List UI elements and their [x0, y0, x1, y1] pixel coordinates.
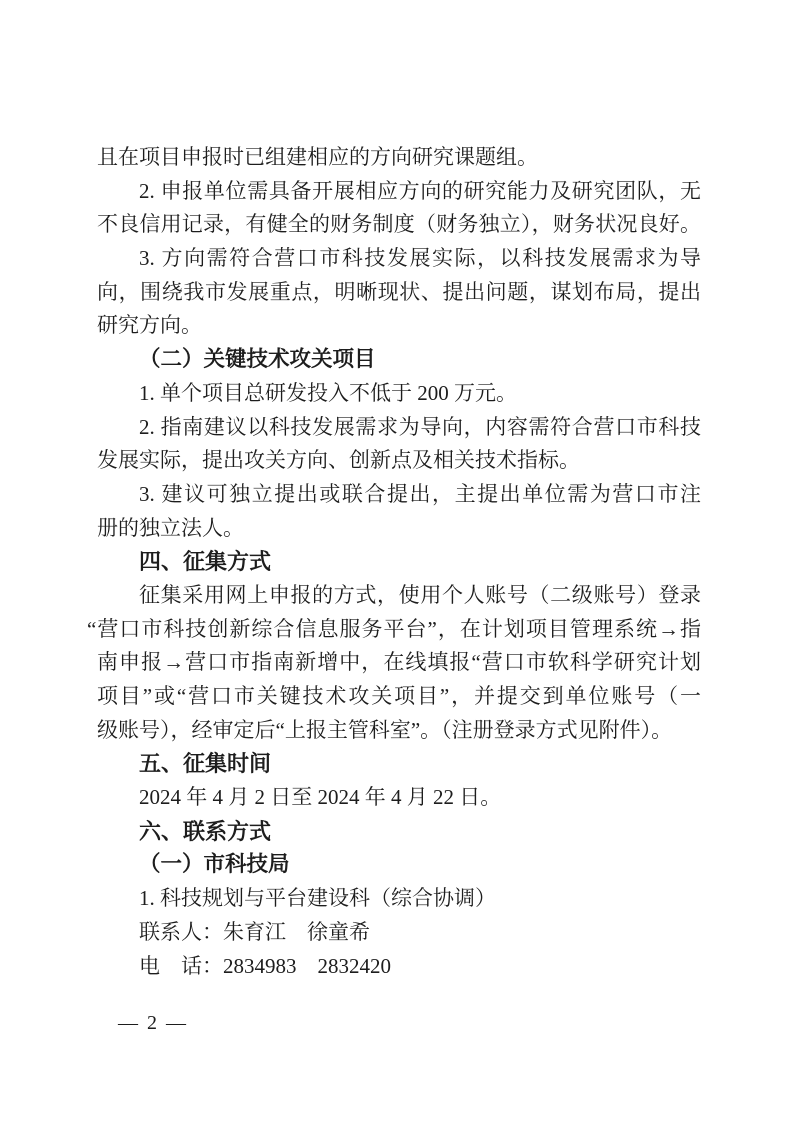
subsection-heading: （二）关键技术攻关项目: [97, 343, 701, 377]
paragraph-line: 联系人：朱育江 徐童希: [97, 916, 701, 950]
paragraph-line: 南申报→营口市指南新增中，在线填报“营口市软科学研究计划: [97, 646, 701, 680]
paragraph-line: 研究方向。: [97, 309, 701, 343]
subsection-heading: （一）市科技局: [97, 848, 701, 882]
paragraph-line: 级账号），经审定后“上报主管科室”。（注册登录方式见附件）。: [97, 714, 701, 748]
document-page: 且在项目申报时已组建相应的方向研究课题组。2. 申报单位需具备开展相应方向的研究…: [0, 0, 793, 1122]
paragraph-line: “营口市科技创新综合信息服务平台”，在计划项目管理系统→指: [97, 613, 701, 647]
page-number: — 2 —: [118, 1008, 188, 1038]
paragraph-line: 2024 年 4 月 2 日至 2024 年 4 月 22 日。: [97, 781, 701, 815]
paragraph-line: 2. 指南建议以科技发展需求为导向，内容需符合营口市科技: [97, 411, 701, 445]
paragraph-line: 2. 申报单位需具备开展相应方向的研究能力及研究团队，无: [97, 175, 701, 209]
paragraph-line: 向，围绕我市发展重点，明晰现状、提出问题，谋划布局，提出: [97, 276, 701, 310]
paragraph-line: 3. 建议可独立提出或联合提出，主提出单位需为营口市注: [97, 478, 701, 512]
paragraph-line: 项目”或“营口市关键技术攻关项目”，并提交到单位账号（一: [97, 680, 701, 714]
section-heading: 六、联系方式: [97, 815, 701, 849]
page-number-text: — 2 —: [118, 1012, 188, 1034]
paragraph-line: 册的独立法人。: [97, 512, 701, 546]
paragraph-line: 3. 方向需符合营口市科技发展实际，以科技发展需求为导: [97, 242, 701, 276]
section-heading: 五、征集时间: [97, 747, 701, 781]
paragraph-line: 发展实际，提出攻关方向、创新点及相关技术指标。: [97, 444, 701, 478]
paragraph-line: 不良信用记录，有健全的财务制度（财务独立），财务状况良好。: [97, 208, 701, 242]
paragraph-line: 电 话：2834983 2832420: [97, 950, 701, 984]
paragraph-line: 征集采用网上申报的方式，使用个人账号（二级账号）登录: [97, 579, 701, 613]
section-heading: 四、征集方式: [97, 545, 701, 579]
paragraph-line: 1. 科技规划与平台建设科（综合协调）: [97, 882, 701, 916]
paragraph-line: 1. 单个项目总研发投入不低于 200 万元。: [97, 377, 701, 411]
paragraph-line: 且在项目申报时已组建相应的方向研究课题组。: [97, 141, 701, 175]
document-body: 且在项目申报时已组建相应的方向研究课题组。2. 申报单位需具备开展相应方向的研究…: [97, 141, 701, 983]
